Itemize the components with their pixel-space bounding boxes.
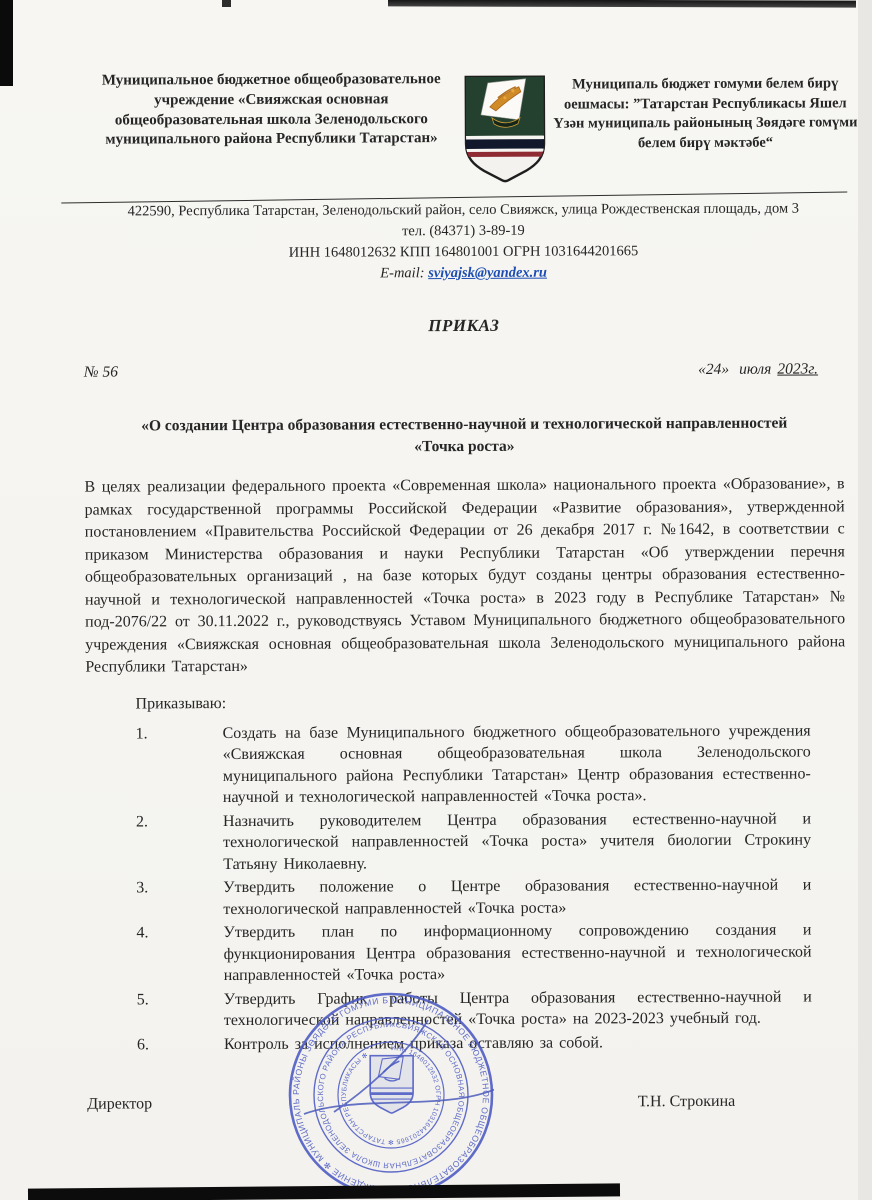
number-date-row: № 56 «24»июля2023г. <box>84 360 844 381</box>
scan-artifact-top-left <box>0 0 13 86</box>
list-item: 3. Утвердить положение о Центре образова… <box>86 875 846 921</box>
order-date: «24»июля2023г. <box>698 360 818 379</box>
document-content: Муниципальное бюджетное общеобразователь… <box>83 68 848 1114</box>
list-item: 5. Утвердить График работы Центра образо… <box>87 986 847 1032</box>
date-year: 2023г. <box>777 360 818 377</box>
email-link[interactable]: sviyajsk@yandex.ru <box>428 265 547 282</box>
item-text: Контроль за исполнением приказа оставляю… <box>224 1031 812 1055</box>
item-number: 4. <box>136 922 223 987</box>
contact-block: 422590, Республика Татарстан, Зеленодоль… <box>83 198 843 285</box>
scan-artifact-top-mark <box>222 0 231 7</box>
email-line: E-mail: sviyajsk@yandex.ru <box>84 261 844 285</box>
item-number: 2. <box>136 811 223 876</box>
order-preamble: В целях реализации федерального проекта … <box>84 474 845 680</box>
scan-artifact-right-edge <box>858 0 872 1200</box>
scan-artifact-bottom-band <box>28 1183 620 1200</box>
item-text: Утвердить положение о Центре образования… <box>223 875 811 921</box>
item-number: 6. <box>137 1034 224 1056</box>
letterhead: Муниципальное бюджетное общеобразователь… <box>83 68 860 190</box>
signer-name: Т.Н. Строкина <box>638 1093 735 1111</box>
resolution-intro: Приказываю: <box>85 692 845 713</box>
item-number: 5. <box>137 989 224 1032</box>
list-item: 2. Назначить руководителем Центра образо… <box>86 808 846 876</box>
scanned-order-page: Муниципальное бюджетное общеобразователь… <box>0 0 872 1200</box>
item-number: 1. <box>136 723 223 809</box>
item-text: Утвердить план по информационному сопров… <box>223 920 811 987</box>
scan-artifact-top-band <box>388 0 856 8</box>
date-month: июля <box>739 361 771 378</box>
date-day: «24» <box>698 361 729 378</box>
order-subject: «О создании Центра образования естествен… <box>124 413 804 459</box>
order-items-list: 1. Создать на базе Муниципального бюджет… <box>86 720 847 1056</box>
address-line: 422590, Республика Татарстан, Зеленодоль… <box>83 198 843 222</box>
item-text: Создать на базе Муниципального бюджетног… <box>223 720 811 809</box>
org-name-russian: Муниципальное бюджетное общеобразователь… <box>83 70 460 151</box>
email-label: E-mail: <box>380 265 428 281</box>
order-title: ПРИКАЗ <box>84 314 844 337</box>
list-item: 6. Контроль за исполнением приказа остав… <box>87 1031 847 1056</box>
school-coat-of-arms-icon <box>460 70 553 189</box>
list-item: 4. Утвердить план по информационному соп… <box>86 920 846 988</box>
item-text: Утвердить График работы Центра образован… <box>224 986 812 1032</box>
item-text: Назначить руководителем Центра образован… <box>223 808 811 875</box>
list-item: 1. Создать на базе Муниципального бюджет… <box>86 720 846 809</box>
order-number: № 56 <box>84 364 118 382</box>
item-number: 3. <box>136 877 223 920</box>
org-name-tatar: Муниципаль бюджет гомуми белем бирү оешм… <box>552 68 859 154</box>
signature-row: Директор Т.Н. Строкина <box>87 1093 847 1114</box>
signer-role: Директор <box>87 1096 152 1114</box>
